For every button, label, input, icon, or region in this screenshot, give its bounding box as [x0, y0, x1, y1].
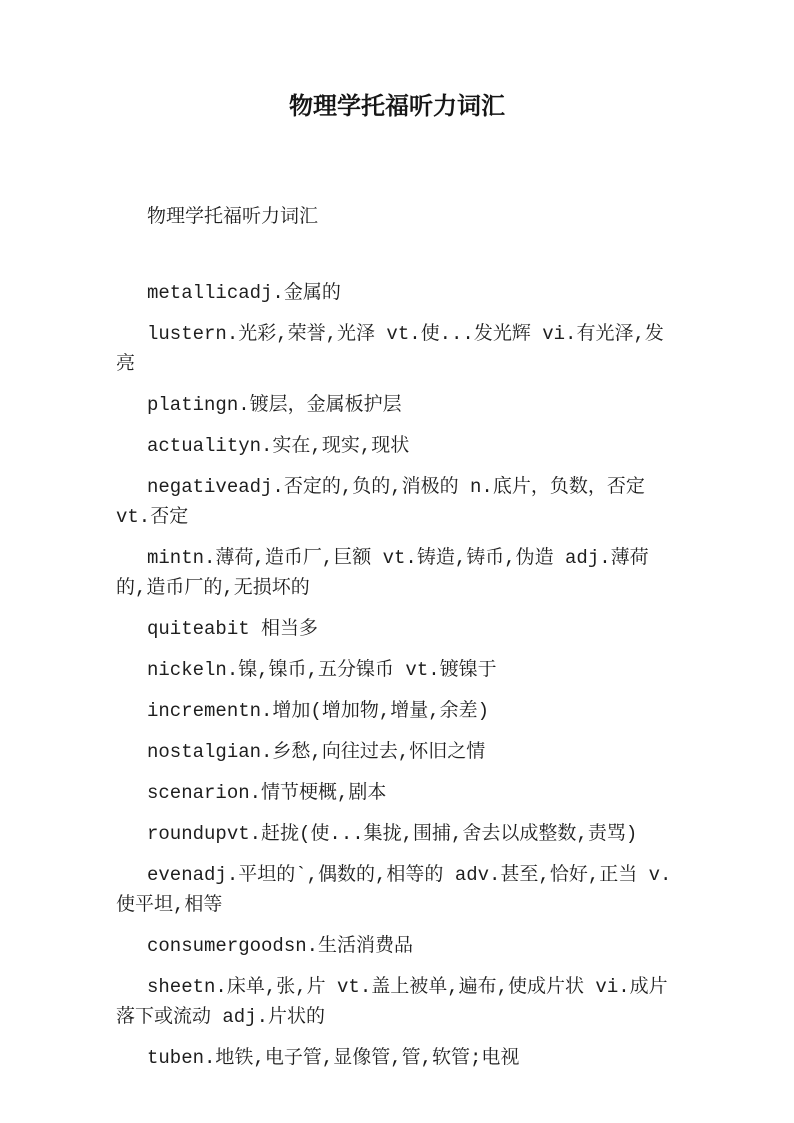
vocab-entry: actualityn.实在,现实,现状	[116, 431, 678, 461]
vocab-entry: roundupvt.赶拢(使...集拢,围捕,舍去以成整数,责骂)	[116, 819, 678, 849]
vocab-entry: incrementn.增加(增加物,增量,余差)	[116, 696, 678, 726]
vocab-entry: quiteabit 相当多	[116, 614, 678, 644]
vocab-entry: consumergoodsn.生活消费品	[116, 931, 678, 961]
vocab-entry: evenadj.平坦的`,偶数的,相等的 adv.甚至,恰好,正当 v.使平坦,…	[116, 860, 678, 920]
vocab-entry: negativeadj.否定的,负的,消极的 n.底片，负数，否定 vt.否定	[116, 472, 678, 532]
vocab-entry: lustern.光彩,荣誉,光泽 vt.使...发光辉 vi.有光泽,发亮	[116, 319, 678, 379]
vocabulary-list: metallicadj.金属的 lustern.光彩,荣誉,光泽 vt.使...…	[116, 278, 678, 1073]
vocab-entry: metallicadj.金属的	[116, 278, 678, 308]
document-subtitle: 物理学托福听力词汇	[116, 202, 678, 232]
vocab-entry: nickeln.镍,镍币,五分镍币 vt.镀镍于	[116, 655, 678, 685]
vocab-entry: tuben.地铁,电子管,显像管,管,软管;电视	[116, 1043, 678, 1073]
vocab-entry: platingn.镀层，金属板护层	[116, 390, 678, 420]
vocab-entry: mintn.薄荷,造币厂,巨额 vt.铸造,铸币,伪造 adj.薄荷的,造币厂的…	[116, 543, 678, 603]
document-page: 物理学托福听力词汇 物理学托福听力词汇 metallicadj.金属的 lust…	[0, 0, 794, 1123]
vocab-entry: scenarion.情节梗概,剧本	[116, 778, 678, 808]
vocab-entry: nostalgian.乡愁,向往过去,怀旧之情	[116, 737, 678, 767]
document-body: 物理学托福听力词汇 metallicadj.金属的 lustern.光彩,荣誉,…	[0, 202, 794, 1073]
document-title: 物理学托福听力词汇	[0, 0, 794, 122]
vocab-entry: sheetn.床单,张,片 vt.盖上被单,遍布,使成片状 vi.成片落下或流动…	[116, 972, 678, 1032]
